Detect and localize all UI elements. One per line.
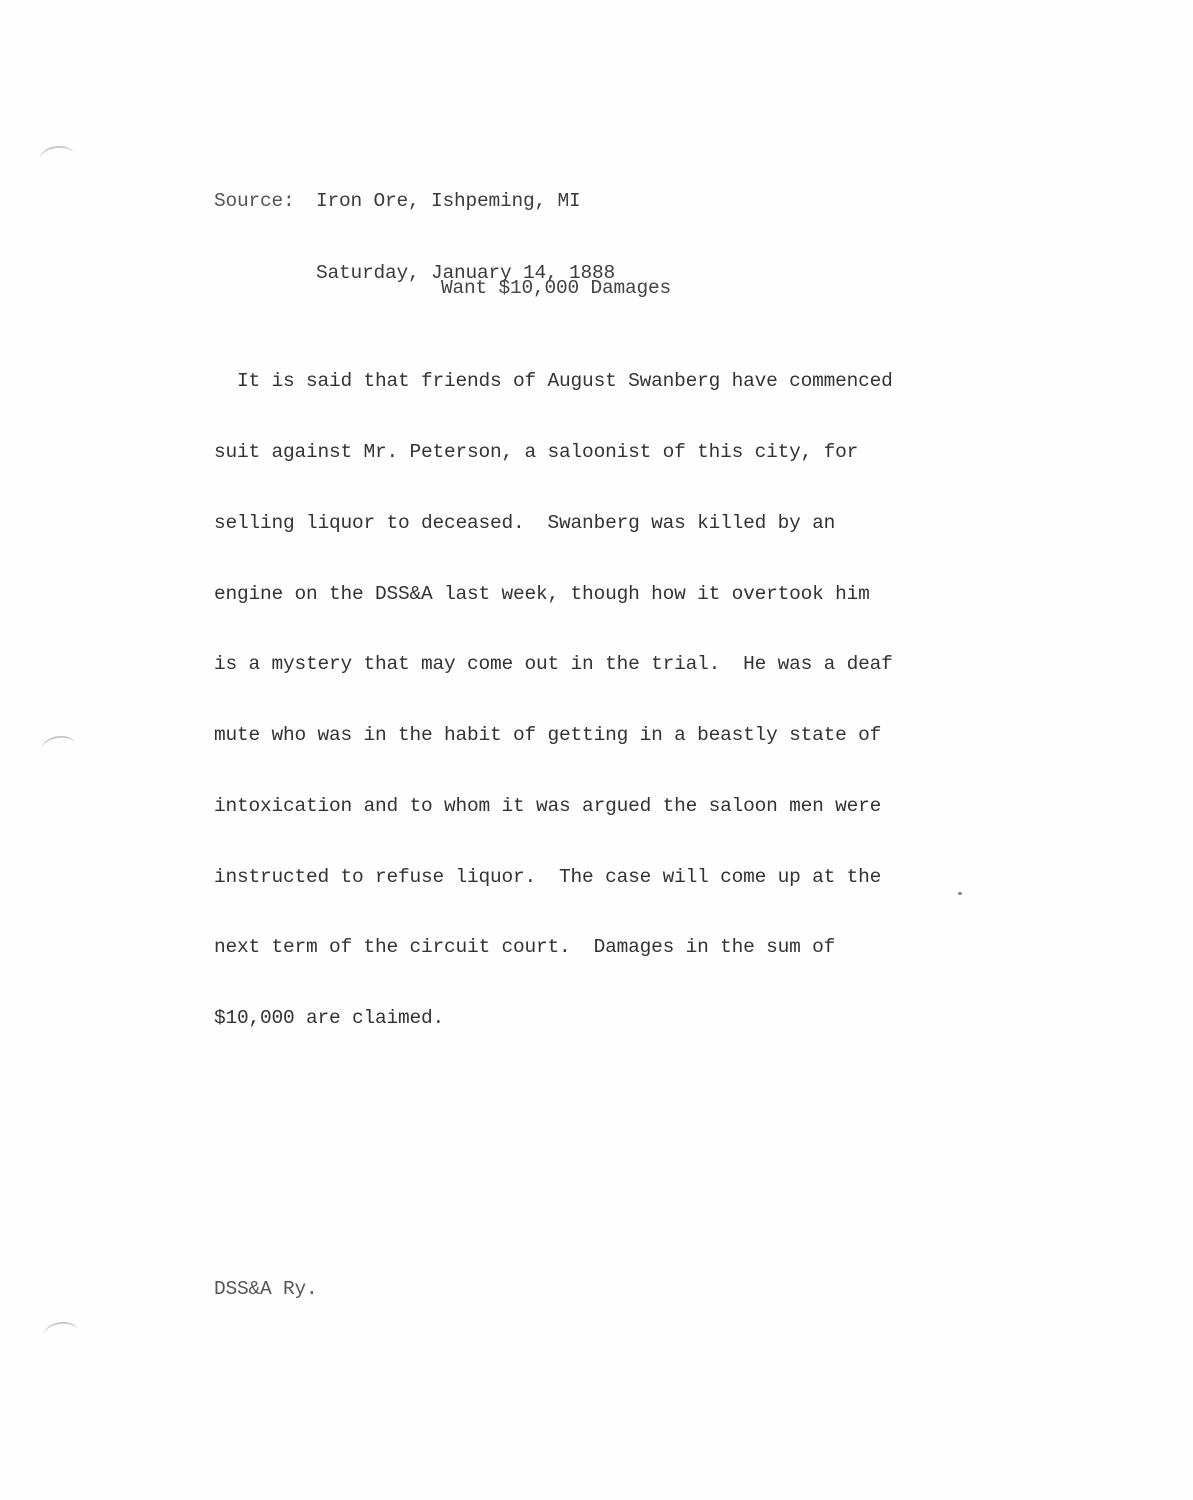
article-line: $10,000 are claimed. — [214, 1007, 893, 1031]
scanned-page: Source:Iron Ore, Ishpeming, MI Saturday,… — [0, 0, 1193, 1500]
binder-hole-mark-middle — [41, 734, 78, 761]
source-label: Source: — [214, 189, 316, 213]
article-headline: Want $10,000 Damages — [441, 277, 671, 299]
article-body: It is said that friends of August Swanbe… — [214, 323, 893, 1078]
article-line: mute who was in the habit of getting in … — [214, 724, 893, 748]
article-line: selling liquor to deceased. Swanberg was… — [214, 512, 893, 536]
article-line: It is said that friends of August Swanbe… — [214, 370, 893, 394]
source-publication: Iron Ore, Ishpeming, MI — [316, 190, 581, 212]
footer-subject-tag: DSS&A Ry. — [214, 1278, 318, 1300]
article-line: engine on the DSS&A last week, though ho… — [214, 583, 893, 607]
article-line: intoxication and to whom it was argued t… — [214, 795, 893, 819]
binder-hole-mark-bottom — [43, 1320, 80, 1347]
binder-hole-mark-top — [39, 144, 76, 171]
source-citation: Source:Iron Ore, Ishpeming, MI Saturday,… — [214, 141, 615, 333]
article-line: is a mystery that may come out in the tr… — [214, 653, 893, 677]
article-line: instructed to refuse liquor. The case wi… — [214, 866, 893, 890]
article-line: suit against Mr. Peterson, a saloonist o… — [214, 441, 893, 465]
source-row-publication: Source:Iron Ore, Ishpeming, MI — [214, 189, 615, 213]
article-line: next term of the circuit court. Damages … — [214, 936, 893, 960]
scan-speck — [958, 892, 962, 895]
